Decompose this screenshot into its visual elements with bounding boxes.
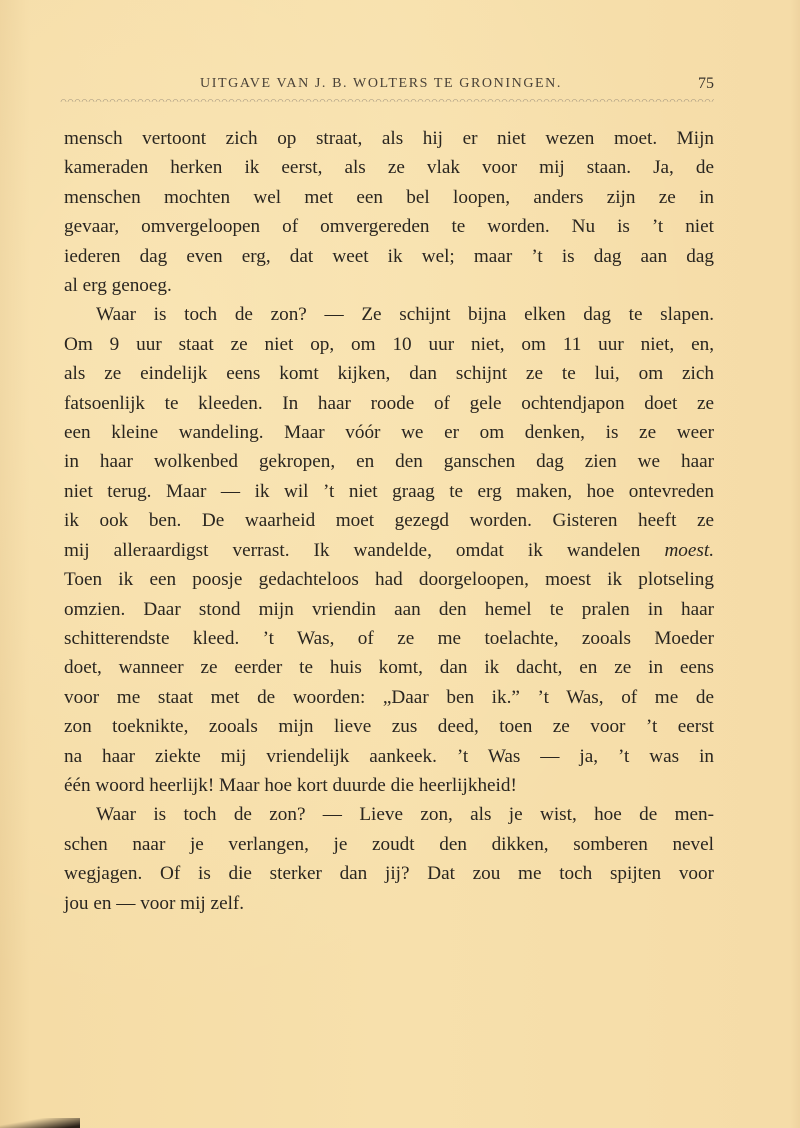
text-line: voor me staat met de woorden: „Daar ben … [64, 683, 714, 712]
text-line: menschen mochten wel met een bel loopen,… [64, 183, 714, 212]
text-line: Om 9 uur staat ze niet op, om 10 uur nie… [64, 330, 714, 359]
paragraph-3: Waar is toch de zon? — Lieve zon, als je… [64, 800, 714, 918]
text-line: al erg genoeg. [64, 271, 714, 300]
text-line: schitterendste kleed. ’t Was, of ze me t… [64, 624, 714, 653]
body-text: mensch vertoont zich op straat, als hij … [64, 124, 714, 918]
text-line: fatsoenlijk te kleeden. In haar roode of… [64, 389, 714, 418]
text-line: mensch vertoont zich op straat, als hij … [64, 124, 714, 153]
text-line: kameraden herken ik eerst, als ze vlak v… [64, 153, 714, 182]
page-edge-shadow [0, 1118, 80, 1128]
text-line: schen naar je verlangen, je zoudt den di… [64, 830, 714, 859]
text-line: gevaar, omvergeloopen of omvergereden te… [64, 212, 714, 241]
text-line: wegjagen. Of is die sterker dan jij? Dat… [64, 859, 714, 888]
paragraph-2: Waar is toch de zon? — Ze schijnt bijna … [64, 300, 714, 800]
running-head: UITGAVE VAN J. B. WOLTERS TE GRONINGEN. [200, 76, 562, 92]
text-line: in haar wolkenbed gekropen, en den gansc… [64, 447, 714, 476]
text-line: zon toeknikte, zooals mijn lieve zus dee… [64, 712, 714, 741]
text-line: iederen dag even erg, dat weet ik wel; m… [64, 242, 714, 271]
text-line-with-emphasis: mij alleraardigst verrast. Ik wandelde, … [64, 536, 714, 565]
wavy-rule-divider [60, 96, 714, 102]
emphasis-word: moest. [664, 540, 714, 561]
text-line: ik ook ben. De waarheid moet gezegd word… [64, 506, 714, 535]
text-line: Toen ik een poosje gedachteloos had door… [64, 565, 714, 594]
text-line: jou en — voor mij zelf. [64, 889, 714, 918]
page-number: 75 [698, 75, 714, 93]
text-line: omzien. Daar stond mijn vriendin aan den… [64, 595, 714, 624]
text-line: één woord heerlijk! Maar hoe kort duurde… [64, 771, 714, 800]
text-line: niet terug. Maar — ik wil ’t niet graag … [64, 477, 714, 506]
text-line: Waar is toch de zon? — Lieve zon, als je… [64, 800, 714, 829]
page-header: UITGAVE VAN J. B. WOLTERS TE GRONINGEN. … [60, 76, 714, 96]
paragraph-1: mensch vertoont zich op straat, als hij … [64, 124, 714, 300]
book-page: UITGAVE VAN J. B. WOLTERS TE GRONINGEN. … [0, 0, 800, 1128]
text-line: als ze eindelijk eens komt kijken, dan s… [64, 359, 714, 388]
text-line-main: mij alleraardigst verrast. Ik wandelde, … [64, 540, 640, 561]
text-line: doet, wanneer ze eerder te huis komt, da… [64, 653, 714, 682]
text-line: Waar is toch de zon? — Ze schijnt bijna … [64, 300, 714, 329]
text-line: na haar ziekte mij vriendelijk aankeek. … [64, 742, 714, 771]
text-line: een kleine wandeling. Maar vóór we er om… [64, 418, 714, 447]
